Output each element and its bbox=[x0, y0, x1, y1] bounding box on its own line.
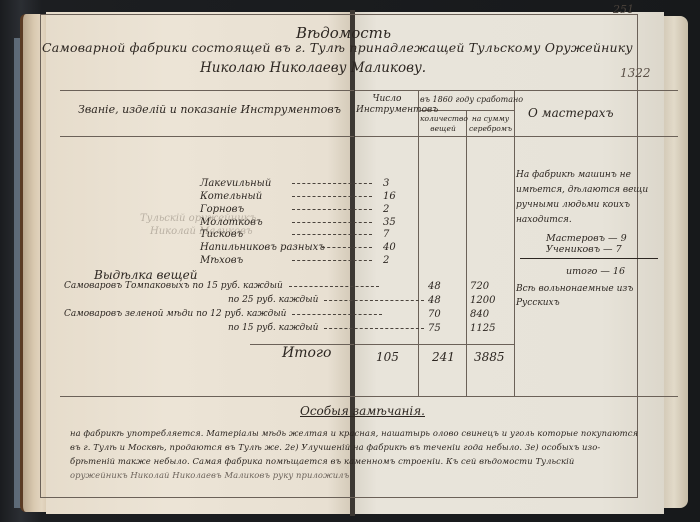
header-sum: на сумму серебромъ bbox=[467, 114, 514, 134]
document-owner: Николаю Николаеву Маликову. bbox=[200, 60, 426, 76]
tool-row: Котельный 16 bbox=[200, 189, 372, 203]
notes-origin: Всѣ вольнонаемные изъ Русскихъ bbox=[516, 282, 658, 310]
totals-quantity: 241 bbox=[432, 350, 455, 364]
notes-total-label: итого bbox=[566, 266, 597, 277]
special-remarks-line: на фабрикѣ употребляется. Матерiалы мѣдь… bbox=[70, 428, 638, 438]
tool-name: Тисковъ bbox=[200, 229, 292, 240]
col-rule-3 bbox=[514, 90, 515, 396]
notes-total-count: 16 bbox=[613, 266, 625, 277]
apprentices-count: 7 bbox=[616, 244, 622, 255]
goods-label: Самоваровъ Томпаковыхъ по 15 руб. каждый bbox=[64, 281, 283, 291]
goods-row: Самоваровъ зеленой мѣди по 12 руб. кажды… bbox=[64, 309, 382, 319]
goods-row: по 25 руб. каждый bbox=[228, 295, 424, 305]
leader-line bbox=[292, 209, 372, 210]
goods-qty: 70 bbox=[428, 309, 464, 320]
totals-label: Итого bbox=[282, 345, 331, 361]
rule-table-bottom bbox=[60, 396, 678, 397]
special-remarks-line: въ г. Тулѣ и Москвѣ, продаются въ Тулѣ ж… bbox=[70, 442, 600, 452]
leader-line bbox=[292, 183, 372, 184]
goods-section-title: Выдѣлка вещей bbox=[94, 268, 198, 282]
header-quantity: количество вещей bbox=[420, 114, 466, 134]
goods-sum: 1125 bbox=[470, 323, 512, 334]
leader-line bbox=[292, 260, 372, 261]
notes-total: итого — 16 bbox=[566, 266, 625, 277]
goods-sum: 1200 bbox=[470, 295, 512, 306]
tool-row: Тисковъ 7 bbox=[200, 227, 372, 241]
header-notes: О мастерахъ bbox=[528, 106, 614, 120]
totals-sum: 3885 bbox=[474, 350, 505, 364]
goods-sum: 840 bbox=[470, 309, 512, 320]
rule-under-header bbox=[60, 136, 678, 137]
leader-line bbox=[292, 196, 372, 197]
goods-row: Самоваровъ Томпаковыхъ по 15 руб. каждый bbox=[64, 281, 379, 291]
tool-name: Лакеvильный bbox=[200, 178, 292, 189]
goods-label: Самоваровъ зеленой мѣди по 12 руб. кажды… bbox=[64, 309, 286, 319]
masters-label: Мастеровъ bbox=[546, 233, 605, 244]
tool-count: 7 bbox=[383, 229, 413, 240]
special-remarks-signature: оружейникъ Николай Николаевъ Маликовъ ру… bbox=[70, 470, 349, 480]
special-remarks-title: Особыя замѣчанiя. bbox=[300, 404, 425, 418]
document-subtitle: Самоварной фабрики состоящей въ г. Тулѣ … bbox=[42, 40, 633, 55]
tool-name: Молотковъ bbox=[200, 217, 292, 228]
tool-name: Мѣховъ bbox=[200, 255, 292, 266]
tool-row: Горновъ 2 bbox=[200, 202, 372, 216]
folio-number-archive: 1322 bbox=[620, 66, 651, 80]
tool-count: 3 bbox=[383, 178, 413, 189]
goods-qty: 48 bbox=[428, 281, 464, 292]
tool-count: 2 bbox=[383, 255, 413, 266]
apprentices-label: Учениковъ bbox=[546, 244, 600, 255]
rule-notes-total bbox=[520, 258, 658, 259]
tool-row: Напильниковъ разныхъ 40 bbox=[200, 240, 372, 254]
tool-name: Котельный bbox=[200, 191, 292, 202]
tool-row: Мѣховъ 2 bbox=[200, 253, 372, 267]
tool-name: Напильниковъ разныхъ bbox=[200, 242, 322, 253]
leader-line bbox=[324, 328, 424, 329]
col-rule-1 bbox=[418, 90, 419, 396]
rule-under-title bbox=[60, 90, 678, 91]
notes-text: На фабрикѣ машинъ не имѣется, дѣлаются в… bbox=[516, 168, 656, 228]
masters-count: 9 bbox=[621, 233, 627, 244]
goods-qty: 75 bbox=[428, 323, 464, 334]
tool-count: 40 bbox=[383, 242, 413, 253]
goods-label: по 15 руб. каждый bbox=[228, 323, 318, 333]
notes-masters: Мастеровъ — 9 bbox=[546, 233, 627, 244]
tool-row: Лакеvильный 3 bbox=[200, 176, 372, 190]
header-names: Званiе, изделiй и показанiе Инструментов… bbox=[78, 103, 341, 116]
folio-number-top: 251 bbox=[613, 3, 634, 16]
special-remarks-line: брѣтенiй также небыло. Самая фабрика пом… bbox=[70, 456, 574, 466]
goods-row: по 15 руб. каждый bbox=[228, 323, 424, 333]
leader-line bbox=[292, 222, 372, 223]
goods-sum: 720 bbox=[470, 281, 512, 292]
col-rule-2 bbox=[466, 110, 467, 396]
notes-apprentices: Учениковъ — 7 bbox=[546, 244, 622, 255]
tool-count: 2 bbox=[383, 204, 413, 215]
leader-line bbox=[322, 247, 372, 248]
leader-line bbox=[292, 234, 372, 235]
tool-name: Горновъ bbox=[200, 204, 292, 215]
totals-instruments: 105 bbox=[376, 350, 399, 364]
goods-qty: 48 bbox=[428, 295, 464, 306]
leader-line bbox=[324, 300, 424, 301]
goods-label: по 25 руб. каждый bbox=[228, 295, 318, 305]
tool-count: 35 bbox=[383, 217, 413, 228]
leader-line bbox=[289, 286, 379, 287]
header-instrument-count: Число Инструментовъ bbox=[356, 94, 418, 116]
header-year-group: въ 1860 году сработано bbox=[420, 95, 514, 104]
leader-line bbox=[292, 314, 382, 315]
tool-count: 16 bbox=[383, 191, 413, 202]
